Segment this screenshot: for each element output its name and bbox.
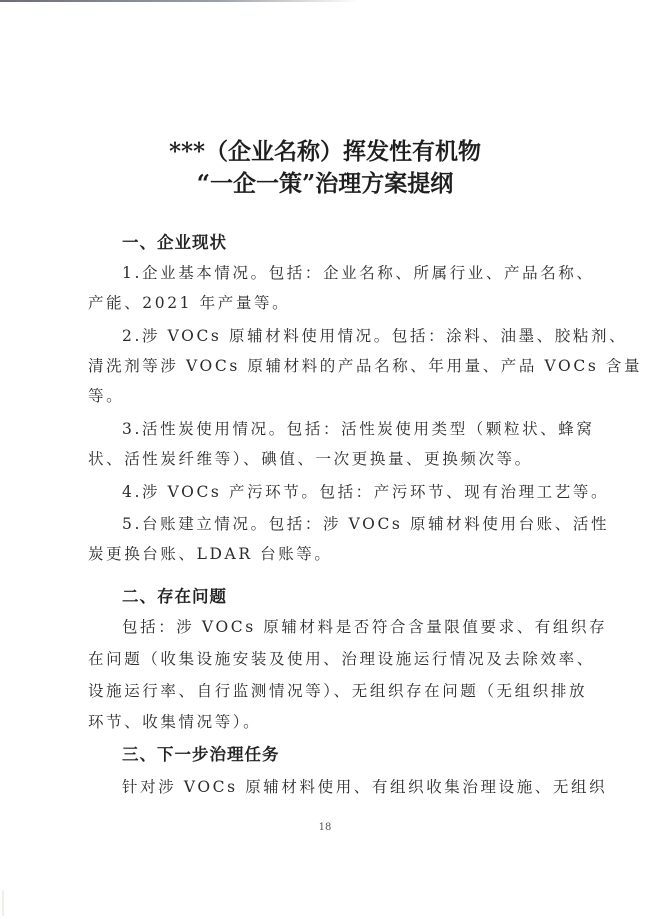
- paragraph-line: 在问题（收集设施安装及使用、治理设施运行情况及去除效率、: [88, 648, 595, 670]
- paragraph-line: 包括：涉 VOCs 原辅材料是否符合含量限值要求、有组织存: [122, 616, 607, 638]
- scan-left-edge: [2, 890, 4, 916]
- paragraph-line: 产能、2021 年产量等。: [88, 292, 290, 314]
- section-heading-1: 一、企业现状: [122, 232, 227, 254]
- paragraph-line: 针对涉 VOCs 原辅材料使用、有组织收集治理设施、无组织: [122, 776, 607, 798]
- paragraph-line: 1.企业基本情况。包括：企业名称、所属行业、产品名称、: [122, 262, 595, 284]
- paragraph-line: 状、活性炭纤维等）、碘值、一次更换量、更换频次等。: [88, 448, 533, 470]
- section-heading-3: 三、下一步治理任务: [122, 744, 280, 766]
- paragraph-line: 2.涉 VOCs 原辅材料使用情况。包括：涂料、油墨、胶粘剂、: [122, 325, 627, 347]
- scan-top-edge: [0, 0, 360, 2]
- page-number: 18: [0, 822, 650, 833]
- paragraph-line: 炭更换台账、LDAR 台账等。: [88, 543, 333, 565]
- paragraph-line: 5.台账建立情况。包括：涉 VOCs 原辅材料使用台账、活性: [122, 513, 609, 535]
- paragraph-line: 清洗剂等涉 VOCs 原辅材料的产品名称、年用量、产品 VOCs 含量: [88, 355, 642, 377]
- document-title-line2: “一企一策”治理方案提纲: [0, 165, 650, 198]
- paragraph-line: 3.活性炭使用情况。包括：活性炭使用类型（颗粒状、蜂窝: [122, 418, 595, 440]
- paragraph-line: 等。: [88, 385, 124, 407]
- paragraph-line: 4.涉 VOCs 产污环节。包括：产污环节、现有治理工艺等。: [122, 481, 609, 503]
- section-heading-2: 二、存在问题: [122, 586, 227, 608]
- document-title-line1: ***（企业名称）挥发性有机物: [0, 133, 650, 166]
- paragraph-line: 环节、收集情况等）。: [88, 711, 261, 733]
- paragraph-line: 设施运行率、自行监测情况等）、无组织存在问题（无组织排放: [88, 680, 587, 702]
